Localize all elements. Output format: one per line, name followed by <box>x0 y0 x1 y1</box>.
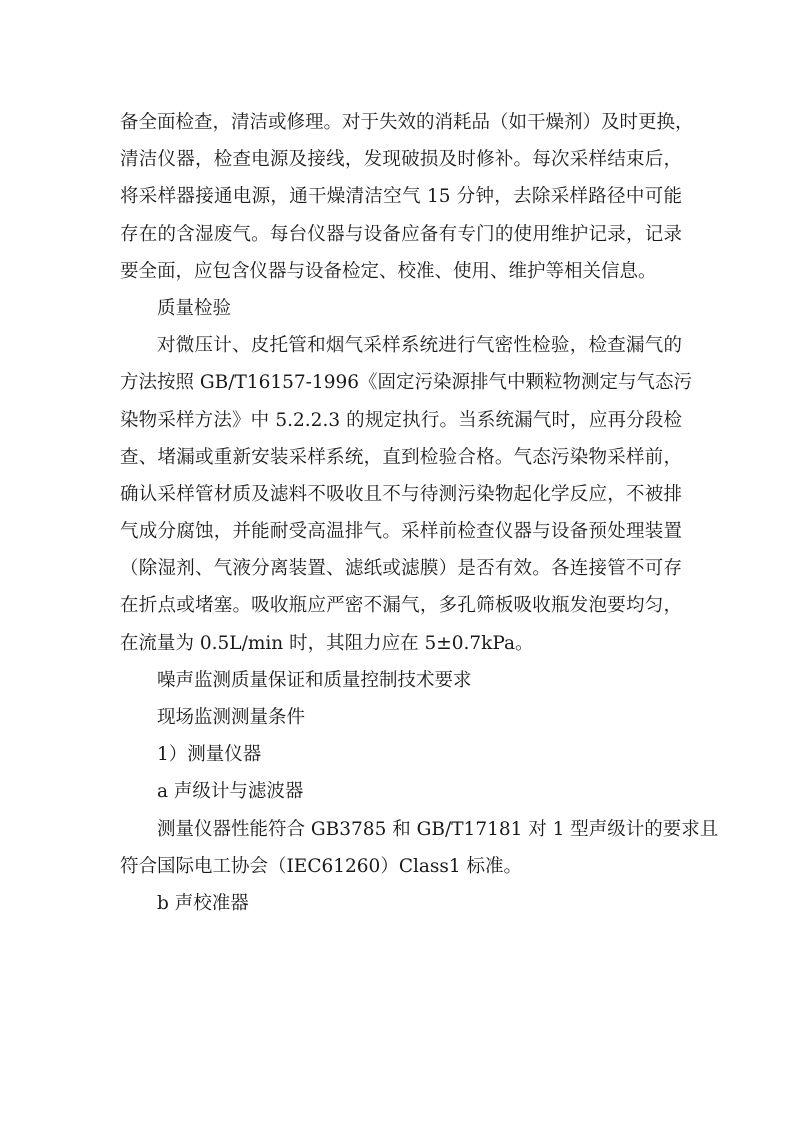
section-heading-quality-inspection: 质量检验 <box>120 290 682 327</box>
paragraph-line: 符合国际电工协会（IEC61260）Class1 标准。 <box>120 848 682 885</box>
section-heading-sound-calibrator: b 声校准器 <box>120 885 682 922</box>
section-heading-sound-level-meter: a 声级计与滤波器 <box>120 773 682 810</box>
paragraph-line: 要全面，应包含仪器与设备检定、校准、使用、维护等相关信息。 <box>120 253 682 290</box>
document-page: 备全面检查，清洁或修理。对于失效的消耗品（如干燥剂）及时更换， 清洁仪器，检查电… <box>0 0 800 1131</box>
section-heading-noise-qa-qc: 噪声监测质量保证和质量控制技术要求 <box>120 662 682 699</box>
paragraph-line: 备全面检查，清洁或修理。对于失效的消耗品（如干燥剂）及时更换， <box>120 104 682 141</box>
paragraph-line: 染物采样方法》中 5.2.2.3 的规定执行。当系统漏气时，应再分段检 <box>120 402 682 439</box>
paragraph-line: 清洁仪器，检查电源及接线，发现破损及时修补。每次采样结束后， <box>120 141 682 178</box>
paragraph-line: 在流量为 0.5L/min 时，其阻力应在 5±0.7kPa。 <box>120 625 682 662</box>
paragraph-line: 气成分腐蚀，并能耐受高温排气。采样前检查仪器与设备预处理装置 <box>120 513 682 550</box>
document-body: 备全面检查，清洁或修理。对于失效的消耗品（如干燥剂）及时更换， 清洁仪器，检查电… <box>120 104 682 922</box>
paragraph-line: 存在的含湿废气。每台仪器与设备应备有专门的使用维护记录，记录 <box>120 216 682 253</box>
paragraph-line: 查、堵漏或重新安装采样系统，直到检验合格。气态污染物采样前， <box>120 439 682 476</box>
paragraph-line: 在折点或堵塞。吸收瓶应严密不漏气，多孔筛板吸收瓶发泡要均匀， <box>120 587 682 624</box>
paragraph-line: 将采样器接通电源，通干燥清洁空气 15 分钟，去除采样路径中可能 <box>120 178 682 215</box>
paragraph-line: 对微压计、皮托管和烟气采样系统进行气密性检验，检查漏气的 <box>120 327 682 364</box>
paragraph-line: 方法按照 GB/T16157-1996《固定污染源排气中颗粒物测定与气态污 <box>120 364 682 401</box>
paragraph-line: 确认采样管材质及滤料不吸收且不与待测污染物起化学反应，不被排 <box>120 476 682 513</box>
section-heading-field-conditions: 现场监测测量条件 <box>120 699 682 736</box>
section-heading-instruments: 1）测量仪器 <box>120 736 682 773</box>
paragraph-line: （除湿剂、气液分离装置、滤纸或滤膜）是否有效。各连接管不可存 <box>120 550 682 587</box>
paragraph-line: 测量仪器性能符合 GB3785 和 GB/T17181 对 1 型声级计的要求且 <box>120 811 682 848</box>
